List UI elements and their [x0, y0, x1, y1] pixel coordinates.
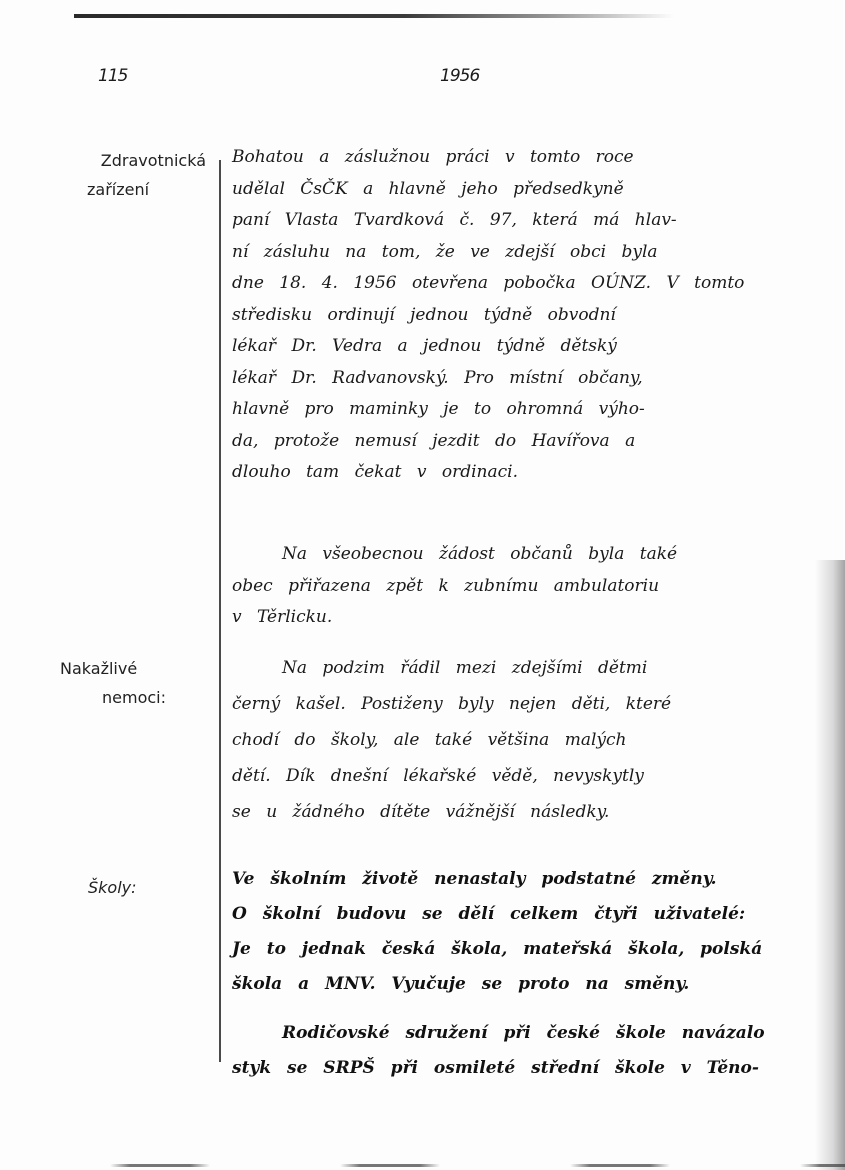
text-line: ní zásluhu na tom, že ve zdejší obci byl… [232, 237, 832, 269]
top-border-rule [74, 14, 674, 18]
text-line: obec přiřazena zpět k zubnímu ambulatori… [232, 571, 832, 603]
text-line: Na podzim řádil mezi zdejšími dětmi [232, 650, 832, 686]
text-line: černý kašel. Postiženy byly nejen děti, … [232, 686, 832, 722]
text-line: Ve školním životě nenastaly podstatné zm… [232, 862, 832, 897]
label-line: Školy: [88, 878, 137, 897]
text-line: se u žádného dítěte vážnější následky. [232, 794, 832, 830]
text-line: dětí. Dík dnešní lékařské vědě, nevyskyt… [232, 758, 832, 794]
paragraph-infectious: Na podzim řádil mezi zdejšími dětmi čern… [232, 650, 832, 830]
text-line: Bohatou a záslužnou práci v tomto roce [232, 142, 832, 174]
section-label-infectious: Nakažlivé nemoci: [60, 654, 188, 712]
text-line: dlouho tam čekat v ordinaci. [232, 457, 832, 489]
text-line: hlavně pro maminky je to ohromná výho- [232, 394, 832, 426]
scan-bottom-marks [20, 1164, 845, 1167]
text-line: da, protože nemusí jezdit do Havířova a [232, 426, 832, 458]
label-line: Nakažlivé [60, 654, 188, 683]
text-line: Rodičovské sdružení při české škole navá… [232, 1016, 832, 1051]
label-line: zařízení [60, 175, 206, 204]
text-line: chodí do školy, ale také většina malých [232, 722, 832, 758]
label-line: nemoci: [60, 683, 188, 712]
section-label-schools: Školy: [60, 873, 184, 902]
text-line: škola a MNV. Vyučuje se proto na směny. [232, 967, 832, 1002]
text-line: Je to jednak česká škola, mateřská škola… [232, 932, 832, 967]
chronicle-page: 115 1956 Zdravotnická zařízení Nakažlivé… [0, 0, 845, 1170]
text-line: Na všeobecnou žádost občanů byla také [232, 539, 832, 571]
text-line: udělal ČsČK a hlavně jeho předsedkyně [232, 174, 832, 206]
label-line: Zdravotnická [60, 146, 206, 175]
text-line: lékař Dr. Vedra a jednou týdně dětský [232, 331, 832, 363]
page-number: 115 [98, 66, 127, 86]
paragraph-health-2: Na všeobecnou žádost občanů byla také ob… [232, 539, 832, 634]
paragraph-health-1: Bohatou a záslužnou práci v tomto roce u… [232, 142, 832, 489]
margin-divider-line [219, 160, 221, 1062]
paragraph-schools-1: Ve školním životě nenastaly podstatné zm… [232, 862, 832, 1002]
text-line: lékař Dr. Radvanovský. Pro místní občany… [232, 363, 832, 395]
text-line: paní Vlasta Tvardková č. 97, která má hl… [232, 205, 832, 237]
text-line: středisku ordinují jednou týdně obvodní [232, 300, 832, 332]
text-line: v Těrlicku. [232, 602, 832, 634]
text-line: O školní budovu se dělí celkem čtyři uži… [232, 897, 832, 932]
paragraph-schools-2: Rodičovské sdružení při české škole navá… [232, 1016, 832, 1086]
page-year: 1956 [440, 66, 479, 86]
section-label-health: Zdravotnická zařízení [60, 146, 206, 204]
text-line: dne 18. 4. 1956 otevřena pobočka OÚNZ. V… [232, 268, 832, 300]
text-line: styk se SRPŠ při osmileté střední škole … [232, 1051, 832, 1086]
